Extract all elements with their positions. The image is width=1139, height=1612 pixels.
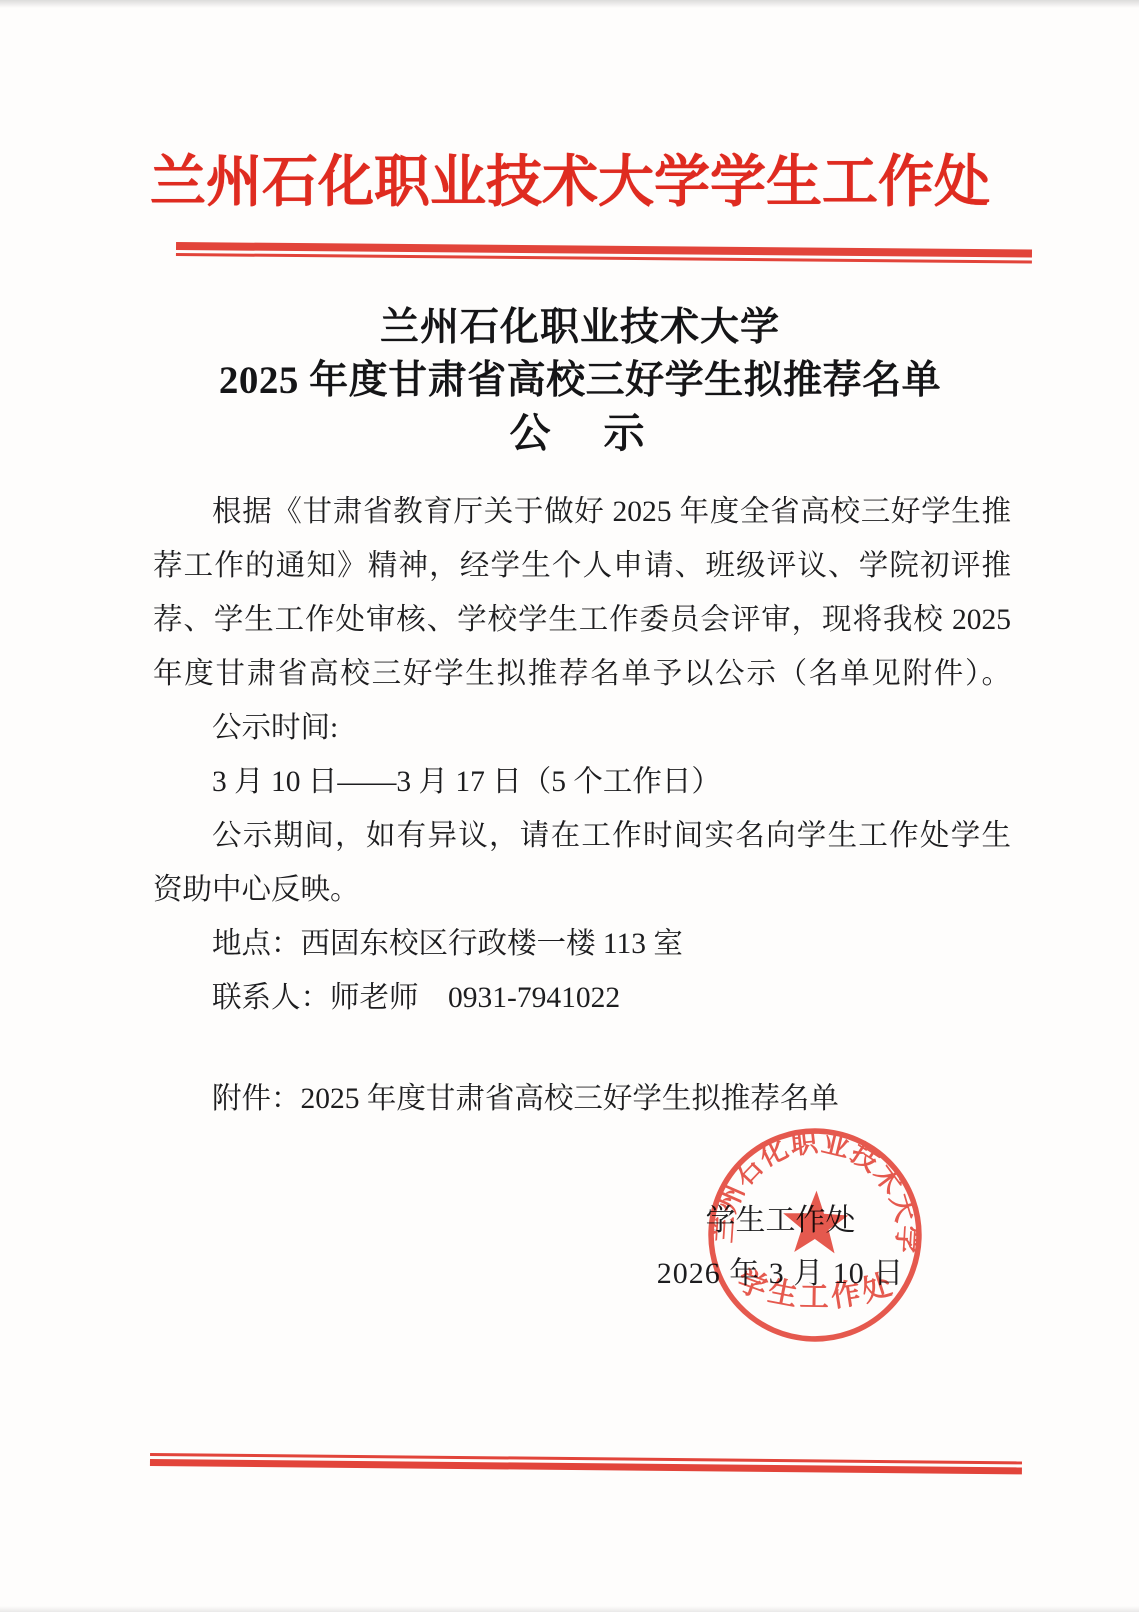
body-text-line: 公示期间，如有异议，请在工作时间实名向学生工作处学生 [153,809,1011,863]
body-text: 根据《甘肃省教育厅关于做好 2025 年度全省高校三好学生推荐工作的通知》精神，… [153,485,1011,1025]
body-text-line: 根据《甘肃省教育厅关于做好 2025 年度全省高校三好学生推 [153,485,1011,539]
body-text-line: 荐、学生工作处审核、学校学生工作委员会评审，现将我校 2025 [153,593,1011,647]
title-line-2: 2025 年度甘肃省高校三好学生拟推荐名单 [130,354,1030,407]
scan-artifact-bottom [0,1606,1139,1612]
body-text-line: 3 月 10 日——3 月 17 日（5 个工作日） [153,755,1011,809]
star-icon [782,1189,849,1253]
svg-text:学生工作处: 学生工作处 [732,1261,900,1317]
letterhead-org-name: 兰州石化职业技术大学学生工作处 [125,138,1015,218]
scan-artifact-top [0,0,1139,8]
letterhead-divider-rule [176,242,1032,263]
footer-divider-rule [150,1453,1022,1474]
document-title: 兰州石化职业技术大学 2025 年度甘肃省高校三好学生拟推荐名单 公 示 [130,301,1030,460]
body-text-line: 荐工作的通知》精神，经学生个人申请、班级评议、学院初评推 [153,539,1011,593]
body-text-line: 地点：西固东校区行政楼一楼 113 室 [153,917,1011,971]
body-text-line: 联系人：师老师 0931-7941022 [153,971,1011,1025]
seal-bottom-text: 学生工作处 [732,1261,900,1317]
attachment-line: 附件：2025 年度甘肃省高校三好学生拟推荐名单 [153,1072,1011,1126]
body-text-line: 资助中心反映。 [153,863,1011,917]
body-text-line: 公示时间: [153,701,1011,755]
official-seal: 兰州石化职业技术大学 学生工作处 [700,1120,930,1350]
title-line-1: 兰州石化职业技术大学 [130,301,1030,354]
body-text-line: 年度甘肃省高校三好学生拟推荐名单予以公示（名单见附件）。 [153,647,1011,701]
title-line-3: 公 示 [130,407,1030,460]
document-page: 兰州石化职业技术大学学生工作处 兰州石化职业技术大学 2025 年度甘肃省高校三… [0,0,1139,1612]
